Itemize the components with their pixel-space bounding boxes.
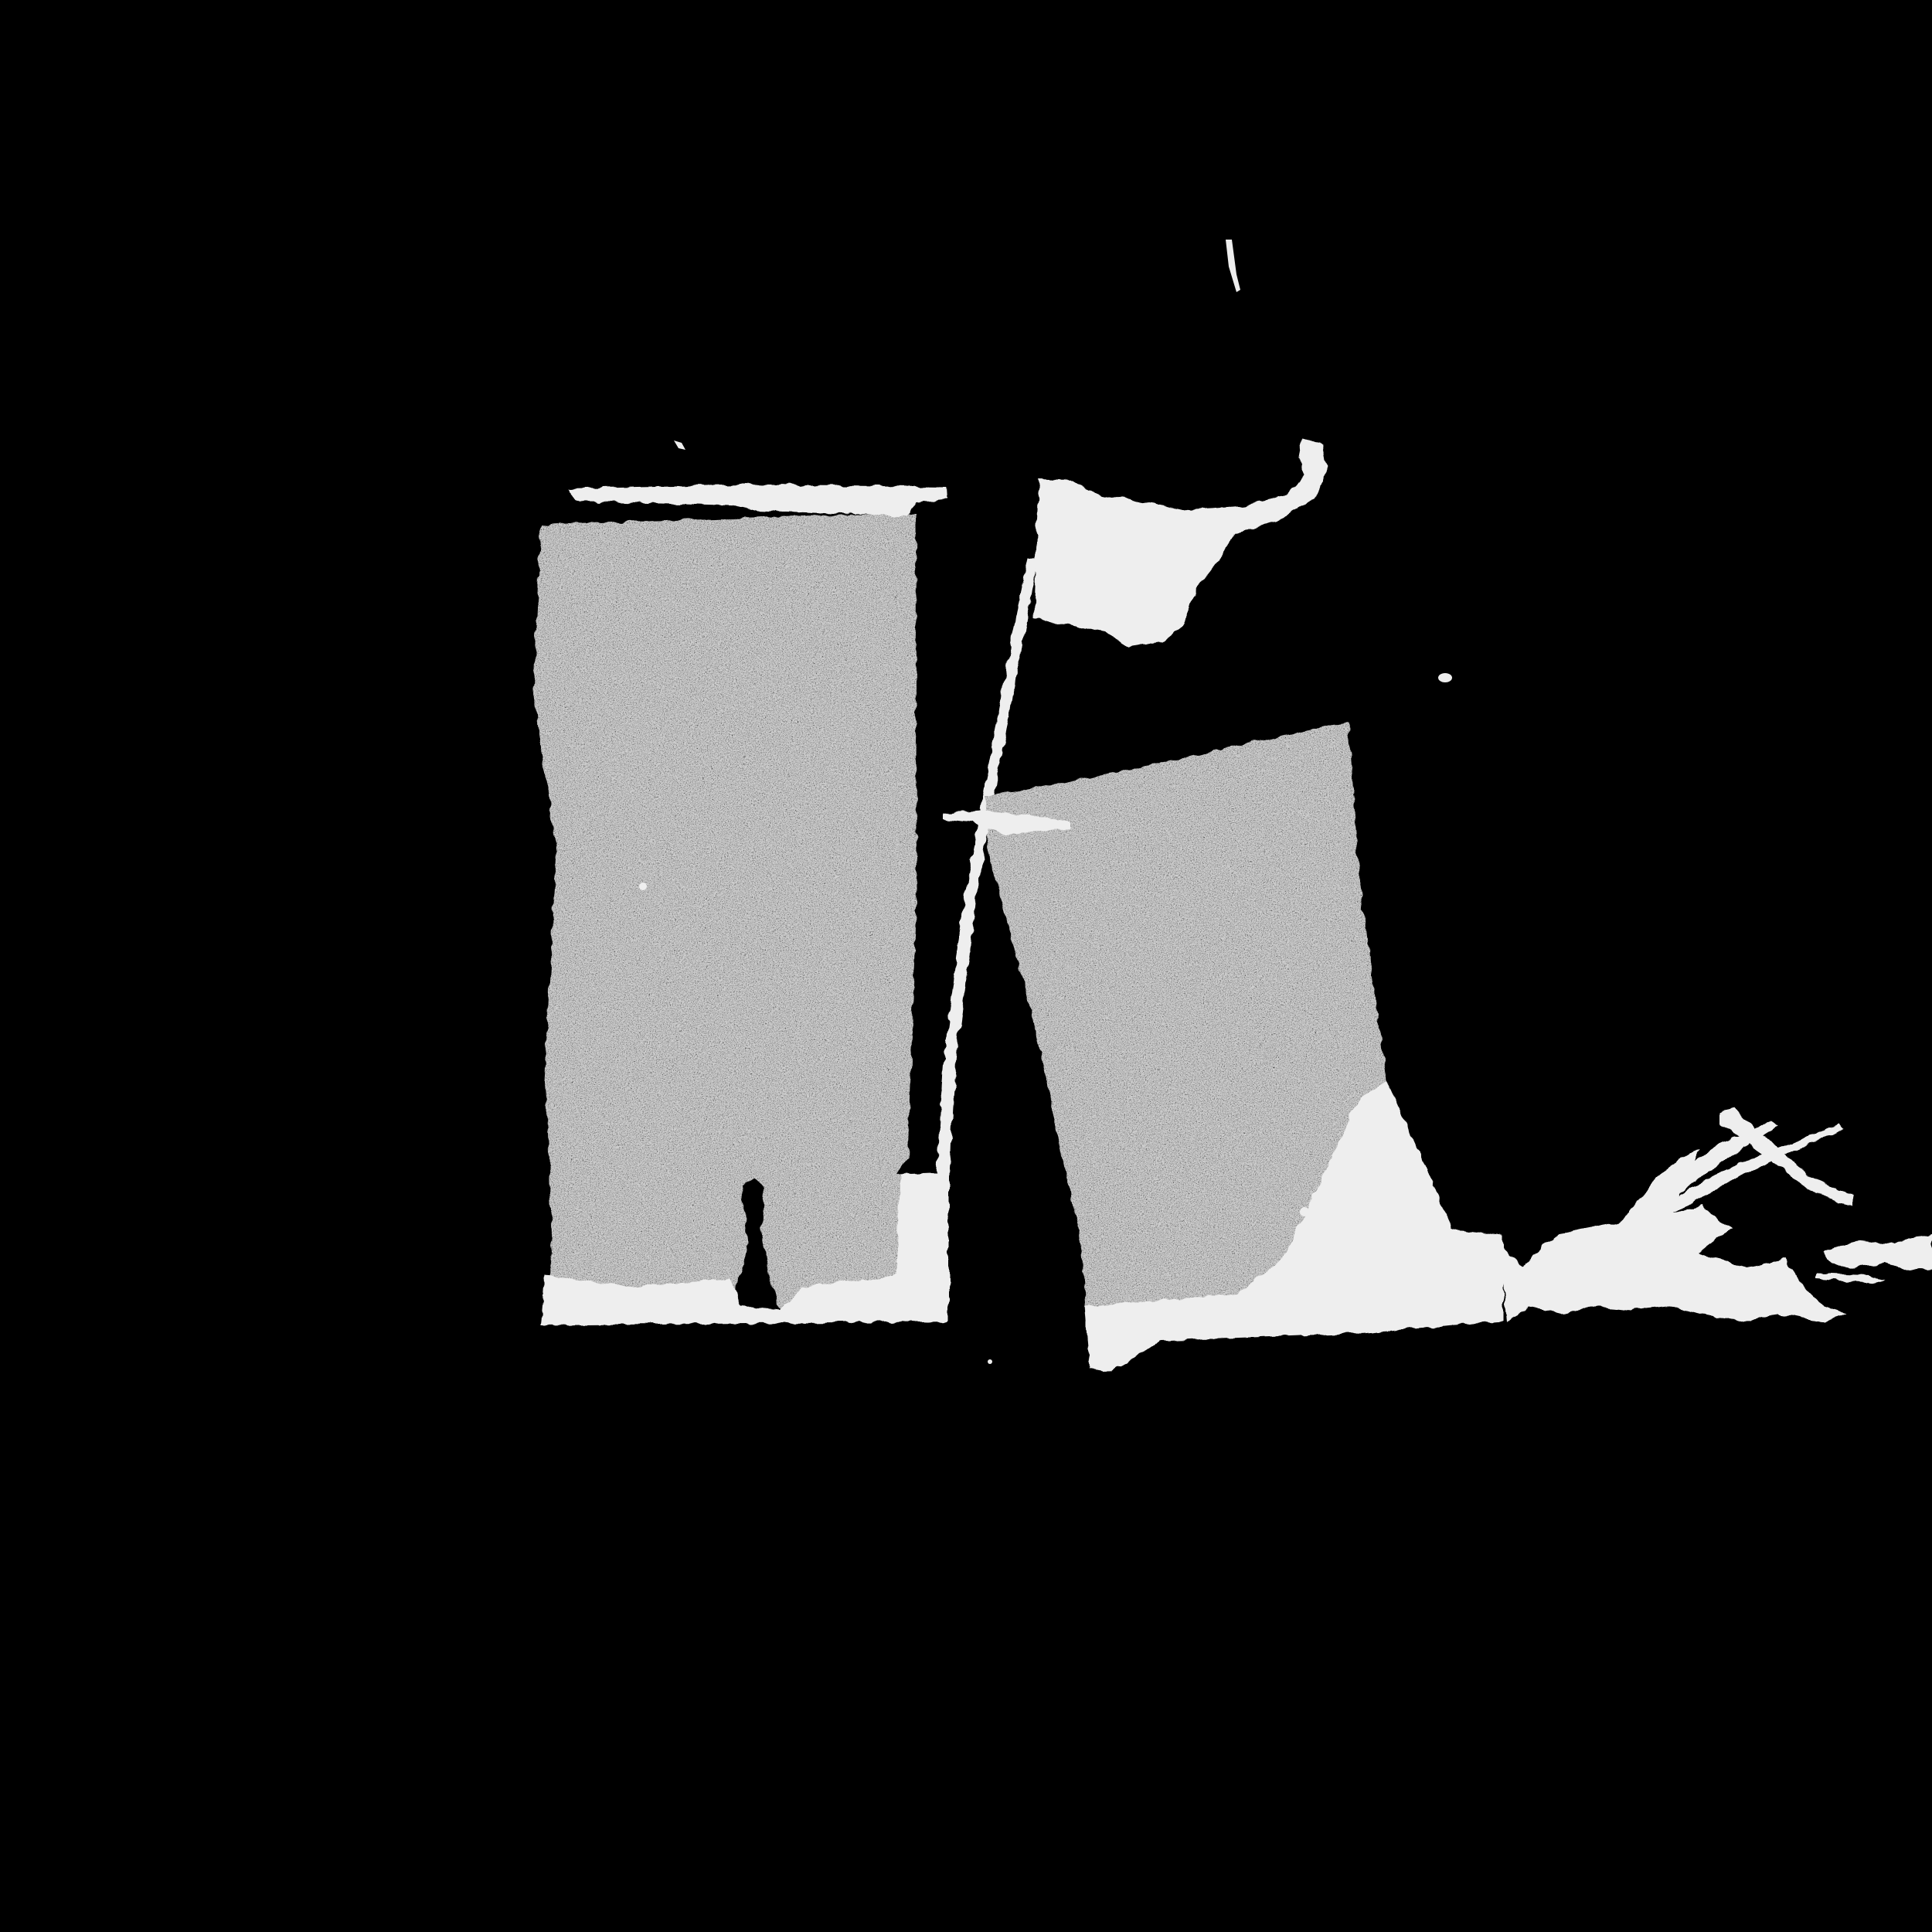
painting-canvas [0,0,1932,1932]
paint-dot [1438,673,1452,682]
paint-speck [639,883,647,890]
paint-speck [1300,1207,1309,1216]
paint-speck [988,1359,992,1364]
left-slab [533,514,949,1325]
